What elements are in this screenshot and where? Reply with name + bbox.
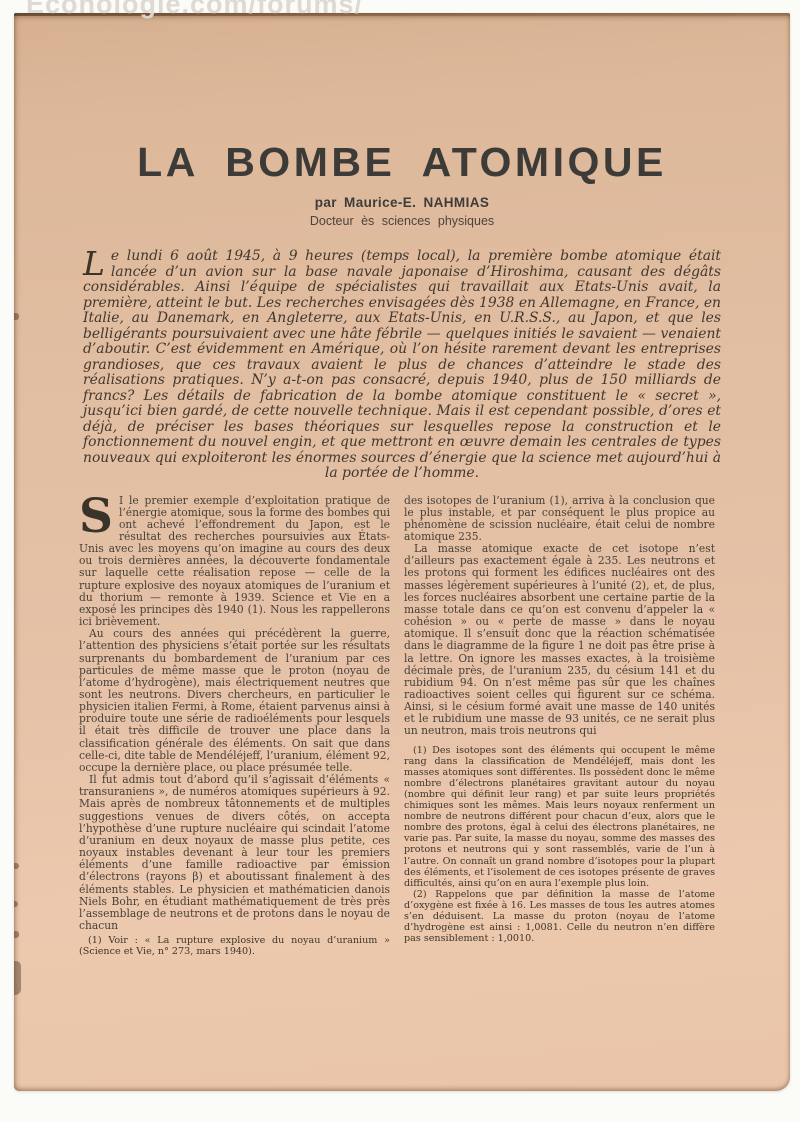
binding-mark <box>14 931 19 938</box>
paragraph: des isotopes de l’uranium (1), arriva à … <box>404 495 715 544</box>
paragraph: SI le premier exemple d’exploitation pra… <box>79 495 390 629</box>
binding-mark <box>14 901 18 907</box>
scanner-background: Econologie.com/forums/ LA BOMBE ATOMIQUE… <box>0 0 800 1122</box>
watermark: Econologie.com/forums/ <box>26 0 363 20</box>
magazine-page: LA BOMBE ATOMIQUE par Maurice-E. NAHMIAS… <box>14 13 790 1091</box>
right-column: des isotopes de l’uranium (1), arriva à … <box>404 495 715 958</box>
article-columns: SI le premier exemple d’exploitation pra… <box>79 495 726 958</box>
paragraph: Au cours des années qui précédèrent la g… <box>79 628 390 774</box>
lede-dropcap: L <box>83 249 111 277</box>
binding-mark <box>14 961 21 995</box>
lede-paragraph: Le lundi 6 août 1945, à 9 heures (temps … <box>83 249 721 482</box>
footnote: (1) Des isotopes sont des éléments qui o… <box>404 745 715 889</box>
left-column: SI le premier exemple d’exploitation pra… <box>79 495 390 958</box>
binding-mark <box>14 863 19 869</box>
byline: par Maurice-E. NAHMIAS <box>14 195 790 210</box>
footnote: (2) Rappelons que par définition la mass… <box>404 889 715 944</box>
author-credentials: Docteur ès sciences physiques <box>14 214 790 228</box>
binding-mark <box>14 313 19 320</box>
footnote: (1) Voir : « La rupture explosive du noy… <box>79 935 390 957</box>
paragraph-text: I le premier exemple d’exploitation prat… <box>79 494 390 629</box>
article-header: LA BOMBE ATOMIQUE par Maurice-E. NAHMIAS… <box>14 13 790 228</box>
article-title: LA BOMBE ATOMIQUE <box>14 13 790 186</box>
lede-text: e lundi 6 août 1945, à 9 heures (temps l… <box>83 248 721 481</box>
paragraph: Il fut admis tout d’abord qu’il s’agissa… <box>79 774 390 932</box>
section-dropcap: S <box>79 495 119 537</box>
paragraph: La masse atomique exacte de cet isotope … <box>404 543 715 738</box>
